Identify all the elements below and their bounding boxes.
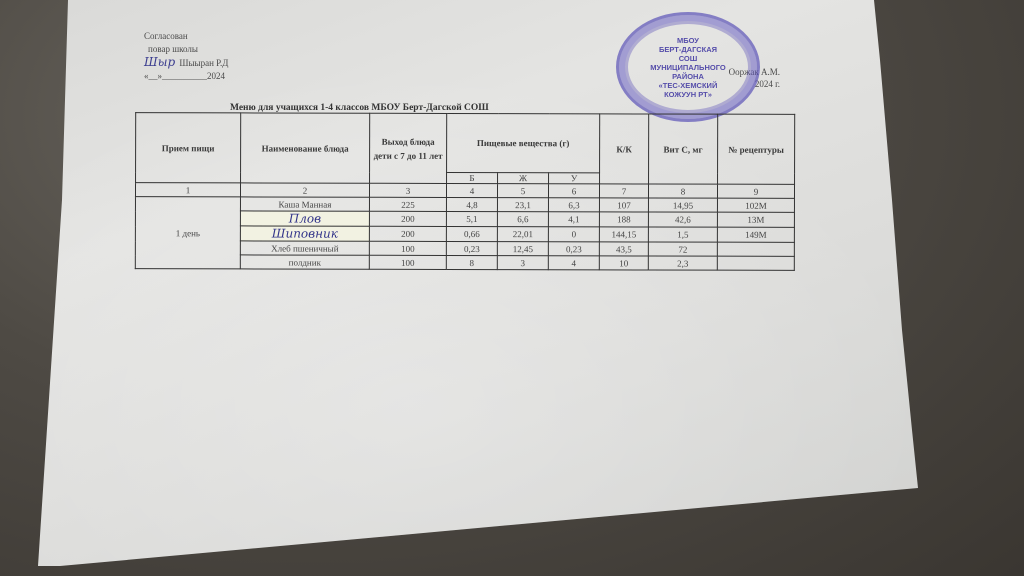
header-nutrients: Пищевые вещества (г) [447, 113, 600, 172]
vitc-cell: 14,95 [648, 198, 717, 212]
protein-cell: 4,8 [446, 197, 497, 211]
official-stamp: МБОУ БЕРТ-ДАГСКАЯ СОШ МУНИЦИПАЛЬНОГО РАЙ… [616, 12, 760, 122]
recipe-cell [717, 256, 794, 270]
carbs-cell: 4 [548, 256, 599, 270]
approval-date: «__»__________2024 [144, 70, 228, 83]
stamp-line: КОЖУУН РТ» [619, 90, 757, 99]
fat-cell: 3 [497, 256, 548, 270]
fat-cell: 12,45 [497, 242, 548, 256]
header-fat: Ж [498, 173, 549, 184]
kcal-cell: 10 [599, 256, 648, 270]
recipe-cell [717, 242, 794, 256]
carbs-cell: 0,23 [548, 242, 599, 256]
column-number: 2 [240, 183, 369, 197]
carbs-cell: 0 [548, 227, 599, 242]
approval-name: Шыыран Р.Д [179, 58, 228, 68]
column-number: 5 [497, 184, 548, 198]
dish-name: Хлеб пшеничный [240, 241, 369, 255]
header-carbs: У [549, 173, 600, 184]
yield-cell: 200 [369, 226, 446, 241]
recipe-cell: 149М [717, 227, 794, 242]
approval-label: Согласован [144, 30, 228, 43]
header-dish: Наименование блюда [241, 113, 370, 183]
stamp-line: СОШ [619, 54, 757, 63]
vitc-cell: 1,5 [648, 227, 717, 242]
stamp-line: РАЙОНА [619, 72, 757, 81]
stamp-line: МБОУ [619, 36, 757, 45]
dish-name-handwritten: Плов [240, 211, 369, 226]
protein-cell: 5,1 [446, 211, 497, 226]
protein-cell: 0,66 [446, 226, 497, 241]
column-number: 3 [369, 183, 446, 197]
yield-cell: 225 [369, 197, 446, 211]
header-kcal: К/К [600, 114, 649, 184]
header-recipe: № рецептуры [718, 114, 795, 184]
column-number: 8 [648, 184, 717, 198]
recipe-cell: 13М [717, 212, 794, 227]
vitc-cell: 72 [648, 242, 717, 256]
column-number: 7 [599, 184, 648, 198]
kcal-cell: 188 [599, 212, 648, 227]
stamp-line: БЕРТ-ДАГСКАЯ [619, 45, 757, 54]
header-yield: Выход блюда дети с 7 до 11 лет [370, 113, 447, 183]
carbs-cell: 4,1 [548, 212, 599, 227]
menu-table: Прием пищи Наименование блюда Выход блюд… [135, 112, 795, 271]
header-vitc: Вит С, мг [649, 114, 718, 184]
vitc-cell: 2,3 [648, 256, 717, 270]
header-protein: Б [447, 172, 498, 183]
approval-signature-line: Шыр Шыыран Р.Д [144, 56, 228, 70]
fat-cell: 22,01 [497, 227, 548, 242]
fat-cell: 23,1 [497, 198, 548, 212]
kcal-cell: 107 [599, 198, 648, 212]
stamp-line: «ТЕС-ХЕМСКИЙ [619, 81, 757, 90]
approval-block-left: Согласован повар школы Шыр Шыыран Р.Д «_… [144, 30, 228, 83]
dish-name-handwritten: Шиповник [240, 226, 369, 241]
dish-name: Каша Манная [240, 197, 369, 211]
kcal-cell: 144,15 [599, 227, 648, 242]
dish-name: полдник [240, 255, 369, 269]
signature: Шыр [144, 55, 175, 69]
column-number: 4 [446, 183, 497, 197]
yield-cell: 100 [369, 241, 446, 255]
paper-shading [0, 0, 1024, 576]
yield-cell: 100 [369, 255, 446, 269]
protein-cell: 0,23 [446, 241, 497, 255]
table-row: 1 день Каша Манная 225 4,8 23,1 6,3 107 … [135, 197, 794, 213]
vitc-cell: 42,6 [648, 212, 717, 227]
recipe-cell: 102М [717, 198, 794, 212]
column-number: 9 [717, 184, 794, 198]
fat-cell: 6,6 [497, 212, 548, 227]
day-label: 1 день [135, 197, 240, 269]
stamp-line: МУНИЦИПАЛЬНОГО [619, 63, 757, 72]
column-number: 6 [548, 184, 599, 198]
carbs-cell: 6,3 [548, 198, 599, 212]
header-meal: Прием пищи [136, 113, 241, 183]
kcal-cell: 43,5 [599, 242, 648, 256]
protein-cell: 8 [446, 255, 497, 269]
yield-cell: 200 [369, 211, 446, 226]
column-number: 1 [135, 183, 240, 197]
